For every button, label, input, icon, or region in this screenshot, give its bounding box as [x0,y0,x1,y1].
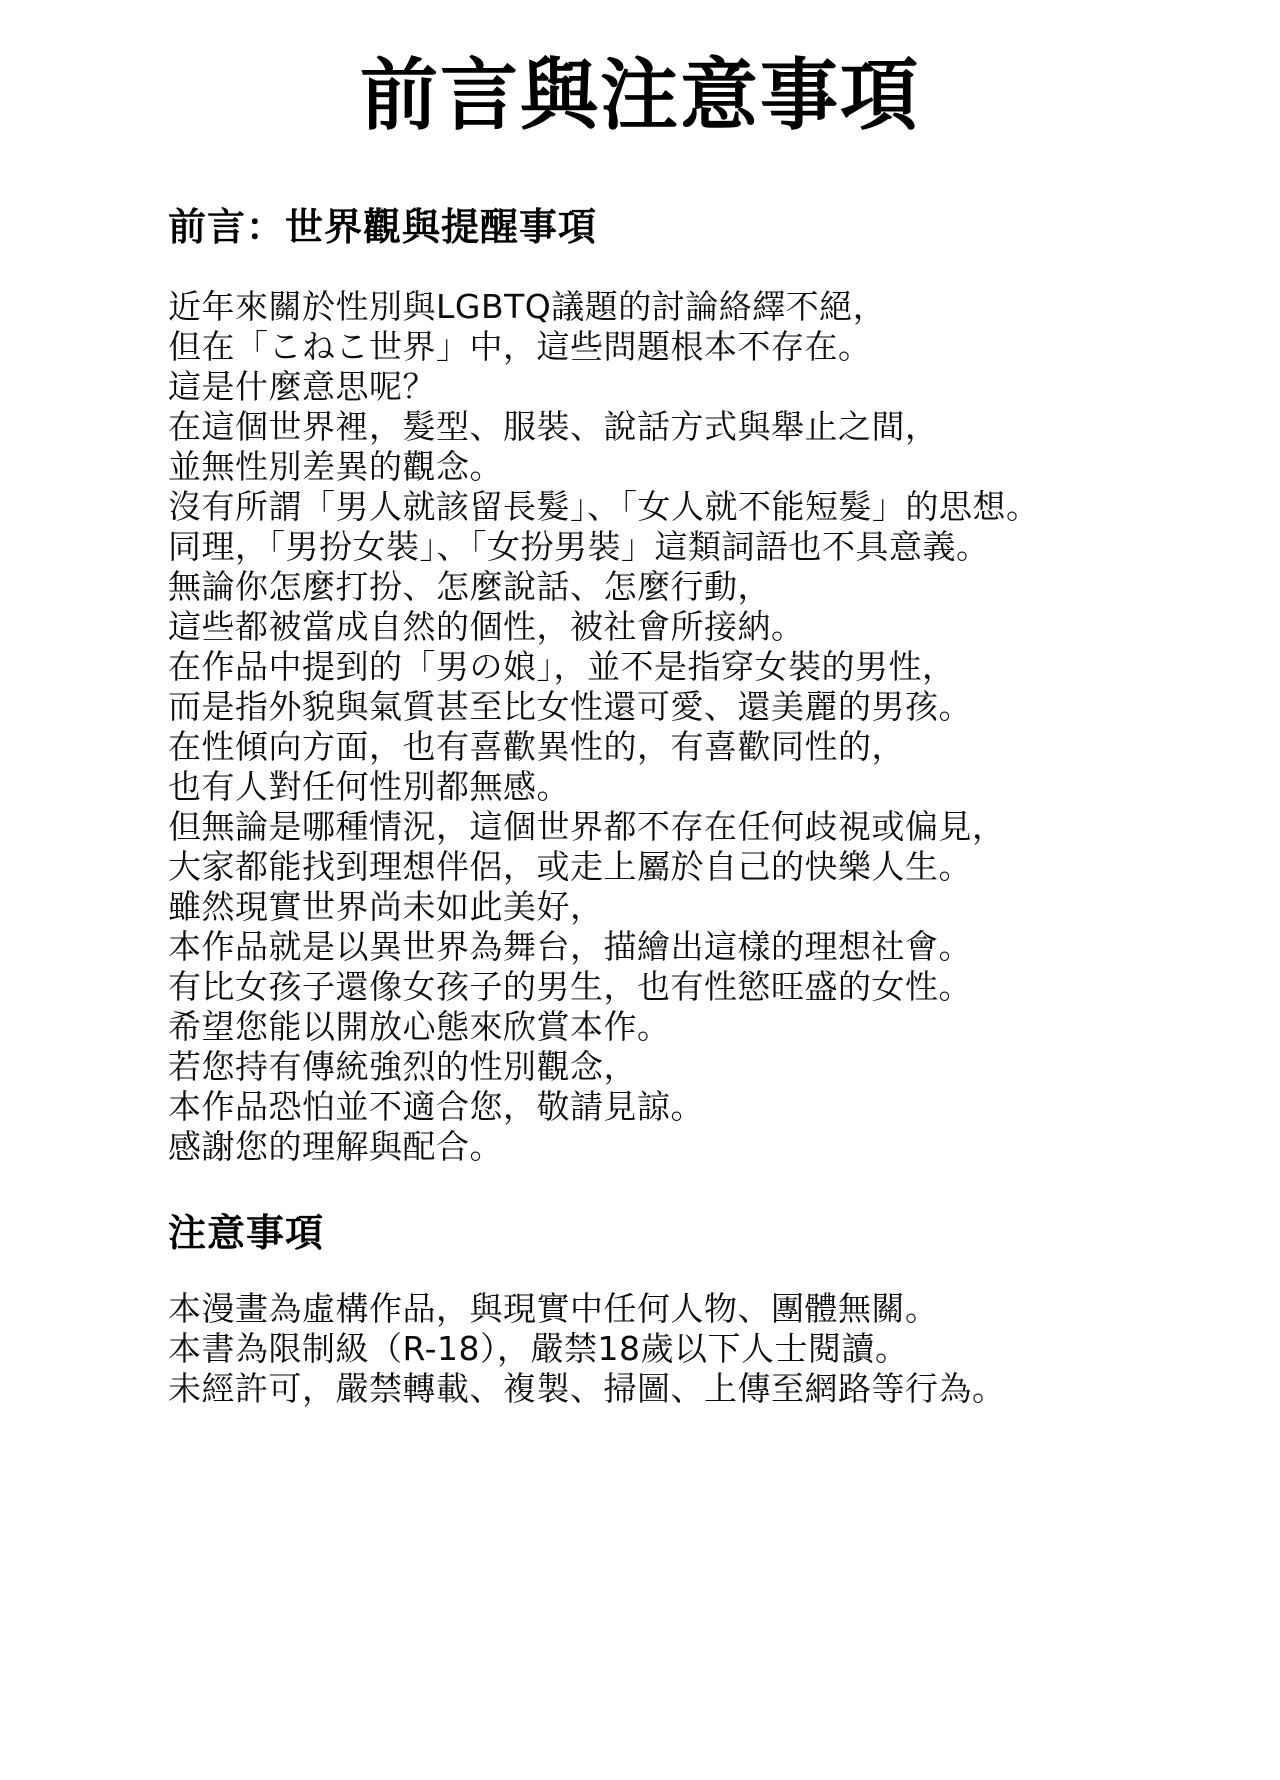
text-line: 大家都能找到理想伴侶，或走上屬於自己的快樂人生。 [168,847,1028,887]
text-line: 也有人對任何性別都無感。 [168,767,1028,807]
text-line: 雖然現實世界尚未如此美好， [168,887,1028,927]
text-line: 本漫畫為虛構作品，與現實中任何人物、團體無關。 [168,1289,1028,1329]
preface-body: 近年來關於性別與LGBTQ議題的討論絡繹不絕， 但在「こねこ世界」中，這些問題根… [168,287,1028,1167]
document-page: 前言與注意事項 前言：世界觀與提醒事項 近年來關於性別與LGBTQ議題的討論絡繹… [0,0,1280,1780]
text-line: 本作品就是以異世界為舞台，描繪出這樣的理想社會。 [168,927,1028,967]
text-line: 有比女孩子還像女孩子的男生，也有性慾旺盛的女性。 [168,967,1028,1007]
text-line: 本作品恐怕並不適合您，敬請見諒。 [168,1087,1028,1127]
text-line: 本書為限制級（R-18），嚴禁18歲以下人士閱讀。 [168,1329,1028,1369]
text-line: 這是什麼意思呢？ [168,367,1028,407]
text-line: 但無論是哪種情況，這個世界都不存在任何歧視或偏見， [168,807,1028,847]
notes-body: 本漫畫為虛構作品，與現實中任何人物、團體無關。 本書為限制級（R-18），嚴禁1… [168,1289,1028,1409]
text-line: 但在「こねこ世界」中，這些問題根本不存在。 [168,327,1028,367]
text-line: 在作品中提到的「男の娘」，並不是指穿女裝的男性， [168,647,1028,687]
text-line: 感謝您的理解與配合。 [168,1127,1028,1167]
text-line: 同理，「男扮女裝」、「女扮男裝」這類詞語也不具意義。 [168,527,1028,567]
text-line: 沒有所謂「男人就該留長髮」、「女人就不能短髮」的思想。 [168,487,1028,527]
preface-heading: 前言：世界觀與提醒事項 [168,205,1028,251]
text-line: 希望您能以開放心態來欣賞本作。 [168,1007,1028,1047]
text-line: 若您持有傳統強烈的性別觀念， [168,1047,1028,1087]
text-line: 在這個世界裡，髮型、服裝、說話方式與舉止之間， [168,407,1028,447]
text-line: 在性傾向方面，也有喜歡異性的，有喜歡同性的， [168,727,1028,767]
text-line: 這些都被當成自然的個性，被社會所接納。 [168,607,1028,647]
text-line: 近年來關於性別與LGBTQ議題的討論絡繹不絕， [168,287,1028,327]
notes-heading: 注意事項 [168,1211,1028,1257]
text-line: 而是指外貌與氣質甚至比女性還可愛、還美麗的男孩。 [168,687,1028,727]
section-notes: 注意事項 本漫畫為虛構作品，與現實中任何人物、團體無關。 本書為限制級（R-18… [168,1211,1028,1409]
section-preface: 前言：世界觀與提醒事項 近年來關於性別與LGBTQ議題的討論絡繹不絕， 但在「こ… [168,205,1028,1167]
content-column: 前言：世界觀與提醒事項 近年來關於性別與LGBTQ議題的討論絡繹不絕， 但在「こ… [168,205,1028,1408]
text-line: 無論你怎麼打扮、怎麼說話、怎麼行動， [168,567,1028,607]
page-title: 前言與注意事項 [0,46,1280,147]
text-line: 並無性別差異的觀念。 [168,447,1028,487]
text-line: 未經許可，嚴禁轉載、複製、掃圖、上傳至網路等行為。 [168,1369,1028,1409]
